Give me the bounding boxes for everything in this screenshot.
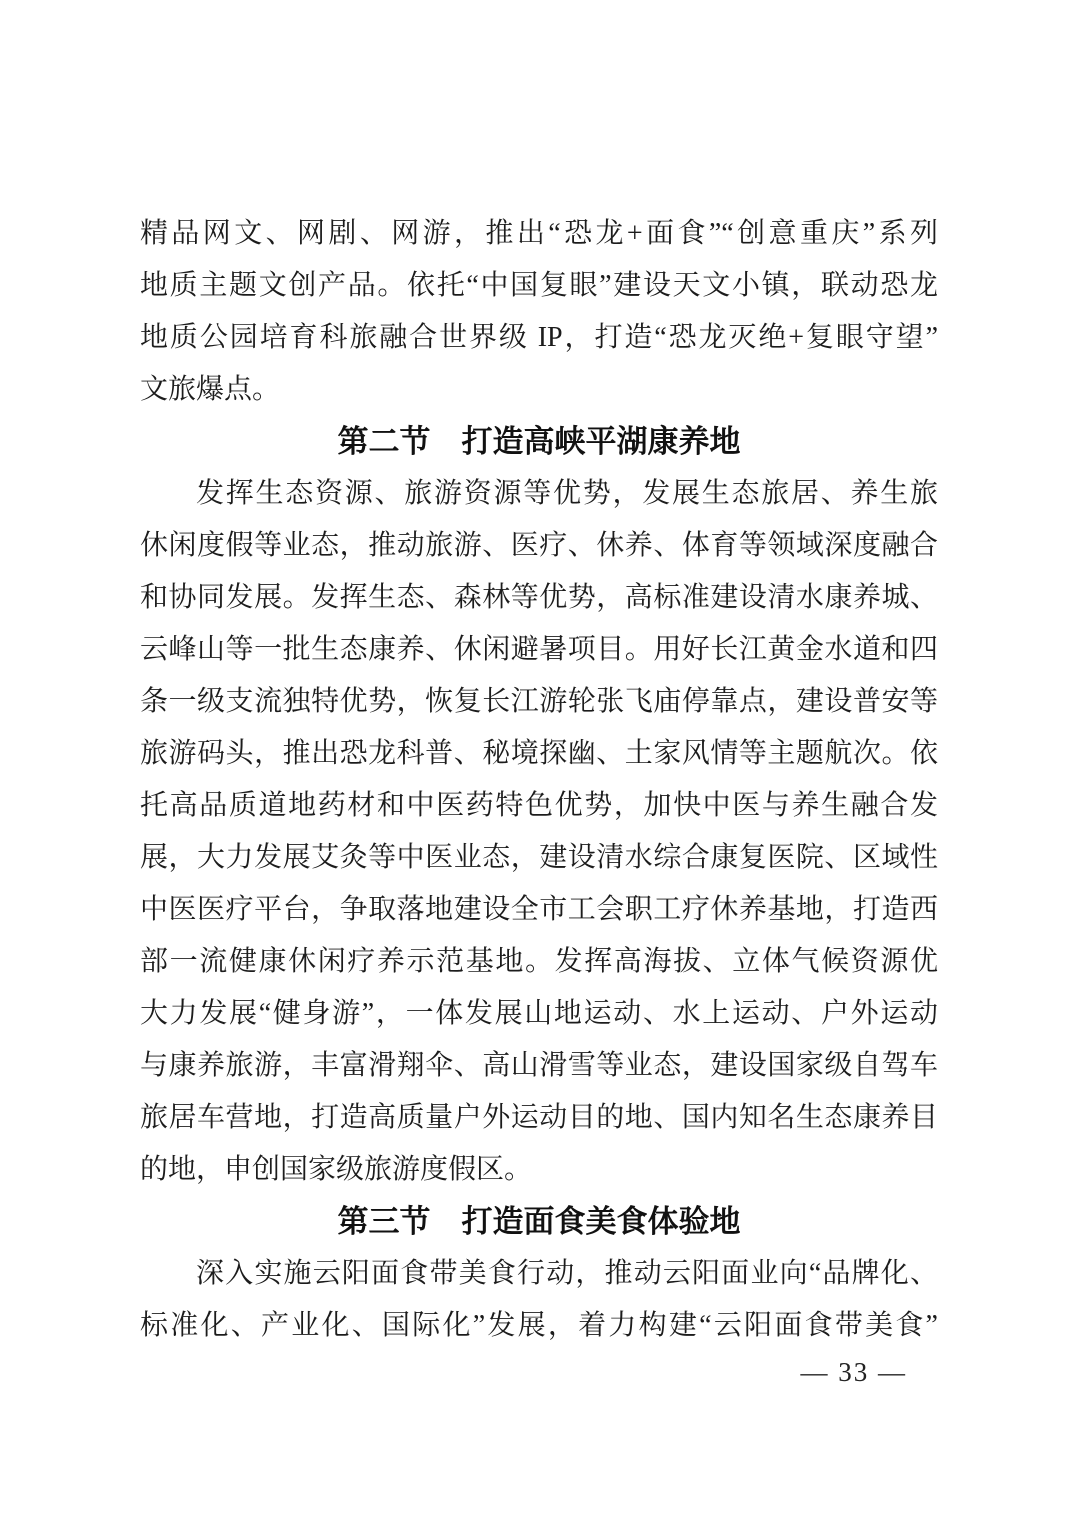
text-line: 旅游码头，推出恐龙科普、秘境探幽、土家风情等主题航次。依 bbox=[140, 728, 938, 780]
text-line: 地质公园培育科旅融合世界级 IP，打造“恐龙灭绝+复眼守望” bbox=[140, 312, 938, 364]
text-line: 标准化、产业化、国际化”发展，着力构建“云阳面食带美食” bbox=[140, 1300, 938, 1352]
text-line: 托高品质道地药材和中医药特色优势，加快中医与养生融合发 bbox=[140, 780, 938, 832]
section-heading: 第三节 打造面食美食体验地 bbox=[140, 1196, 938, 1248]
text-line: 休闲度假等业态，推动旅游、医疗、休养、体育等领域深度融合 bbox=[140, 520, 938, 572]
text-line: 文旅爆点。 bbox=[140, 364, 938, 416]
text-line: 深入实施云阳面食带美食行动，推动云阳面业向“品牌化、 bbox=[140, 1248, 938, 1300]
text-line: 与康养旅游，丰富滑翔伞、高山滑雪等业态，建设国家级自驾车 bbox=[140, 1040, 938, 1092]
text-line: 和协同发展。发挥生态、森林等优势，高标准建设清水康养城、 bbox=[140, 572, 938, 624]
text-line: 旅居车营地，打造高质量户外运动目的地、国内知名生态康养目 bbox=[140, 1092, 938, 1144]
text-line: 云峰山等一批生态康养、休闲避暑项目。用好长江黄金水道和四 bbox=[140, 624, 938, 676]
text-line: 的地，申创国家级旅游度假区。 bbox=[140, 1144, 938, 1196]
page-number: — 33 — bbox=[801, 1354, 908, 1390]
text-line: 发挥生态资源、旅游资源等优势，发展生态旅居、养生旅游、 bbox=[140, 468, 938, 520]
document-body: 精品网文、网剧、网游，推出“恐龙+面食”“创意重庆”系列地质主题文创产品。依托“… bbox=[140, 208, 938, 1352]
document-page: 精品网文、网剧、网游，推出“恐龙+面食”“创意重庆”系列地质主题文创产品。依托“… bbox=[0, 0, 1074, 1520]
text-line: 中医医疗平台，争取落地建设全市工会职工疗休养基地，打造西 bbox=[140, 884, 938, 936]
text-line: 地质主题文创产品。依托“中国复眼”建设天文小镇，联动恐龙 bbox=[140, 260, 938, 312]
text-line: 部一流健康休闲疗养示范基地。发挥高海拔、立体气候资源优势， bbox=[140, 936, 938, 988]
text-line: 精品网文、网剧、网游，推出“恐龙+面食”“创意重庆”系列 bbox=[140, 208, 938, 260]
text-line: 大力发展“健身游”，一体发展山地运动、水上运动、户外运动 bbox=[140, 988, 938, 1040]
section-heading: 第二节 打造高峡平湖康养地 bbox=[140, 416, 938, 468]
text-line: 条一级支流独特优势，恢复长江游轮张飞庙停靠点，建设普安等 bbox=[140, 676, 938, 728]
text-line: 展，大力发展艾灸等中医业态，建设清水综合康复医院、区域性 bbox=[140, 832, 938, 884]
